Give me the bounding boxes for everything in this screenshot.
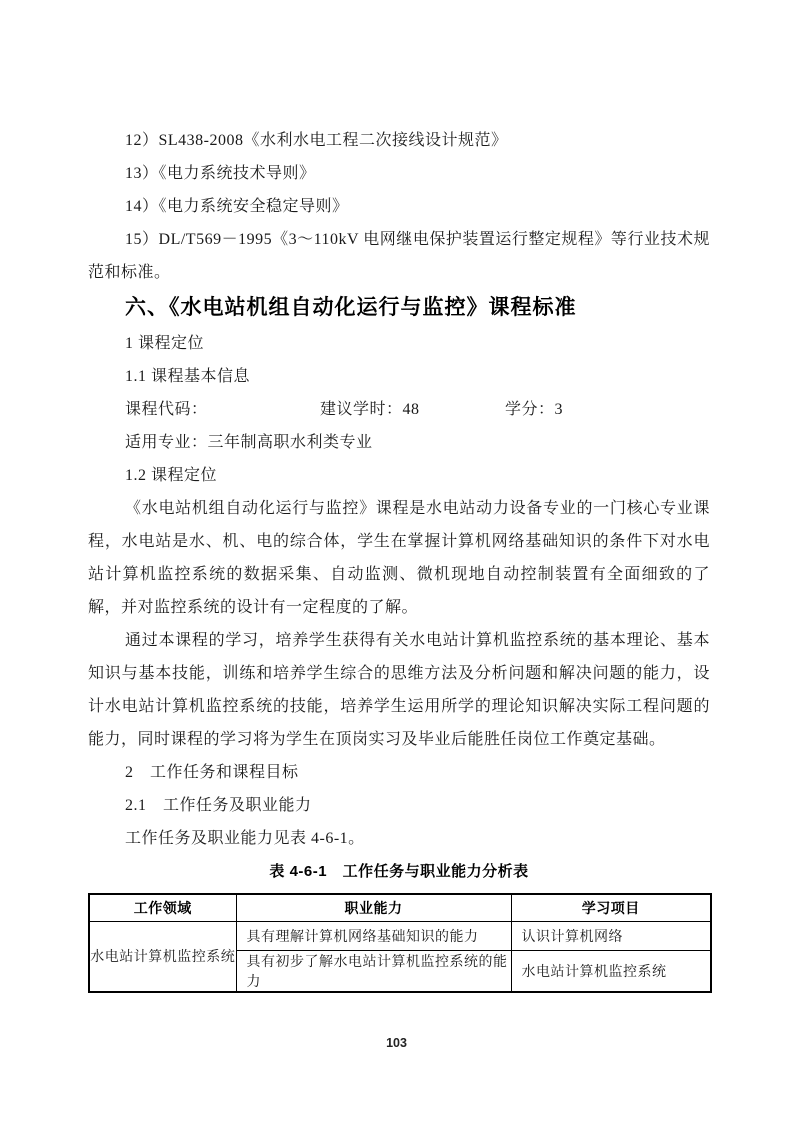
table-reference-line: 工作任务及职业能力见表 4-6-1。	[88, 822, 710, 855]
cell-work-domain: 水电站计算机监控系统	[89, 921, 236, 992]
table-row: 水电站计算机监控系统 具有理解计算机网络基础知识的能力 认识计算机网络	[89, 921, 711, 950]
cell-ability-1: 具有理解计算机网络基础知识的能力	[236, 921, 511, 950]
cell-ability-2: 具有初步了解水电站计算机监控系统的能力	[236, 950, 511, 992]
course-info-line: 课程代码： 建议学时：48 学分：3	[88, 393, 710, 426]
reference-item-15: 15）DL/T569－1995《3～110kV 电网继电保护装置运行整定规程》等…	[88, 223, 710, 289]
reference-item-12: 12）SL438-2008《水利水电工程二次接线设计规范》	[88, 124, 710, 157]
reference-item-14: 14）《电力系统安全稳定导则》	[88, 190, 710, 223]
document-page: 12）SL438-2008《水利水电工程二次接线设计规范》 13）《电力系统技术…	[0, 0, 793, 1122]
course-code-label: 课程代码：	[125, 393, 320, 426]
paragraph-course-goal: 通过本课程的学习，培养学生获得有关水电站计算机监控系统的基本理论、基本知识与基本…	[88, 624, 710, 756]
work-task-ability-table: 工作领域 职业能力 学习项目 水电站计算机监控系统 具有理解计算机网络基础知识的…	[88, 893, 712, 993]
section-2-1-title: 2.1 工作任务及职业能力	[88, 789, 710, 822]
header-professional-ability: 职业能力	[236, 894, 511, 921]
header-work-domain: 工作领域	[89, 894, 236, 921]
page-number: 103	[0, 1036, 793, 1050]
chapter-heading: 六、《水电站机组自动化运行与监控》课程标准	[88, 289, 710, 327]
section-1-1-title: 1.1 课程基本信息	[88, 360, 710, 393]
table-header-row: 工作领域 职业能力 学习项目	[89, 894, 711, 921]
cell-project-2: 水电站计算机监控系统	[511, 950, 711, 992]
paragraph-course-positioning: 《水电站机组自动化运行与监控》课程是水电站动力设备专业的一门核心专业课程，水电站…	[88, 492, 710, 624]
cell-project-1: 认识计算机网络	[511, 921, 711, 950]
header-learning-project: 学习项目	[511, 894, 711, 921]
suggested-hours-label: 建议学时：48	[320, 393, 505, 426]
section-2-title: 2 工作任务和课程目标	[88, 756, 710, 789]
credits-label: 学分：3	[505, 393, 563, 426]
page-content: 12）SL438-2008《水利水电工程二次接线设计规范》 13）《电力系统技术…	[88, 124, 710, 993]
table-caption: 表 4-6-1 工作任务与职业能力分析表	[88, 855, 710, 888]
section-1-2-title: 1.2 课程定位	[88, 459, 710, 492]
reference-item-13: 13）《电力系统技术导则》	[88, 157, 710, 190]
applicable-major-line: 适用专业：三年制高职水利类专业	[88, 426, 710, 459]
section-1-title: 1 课程定位	[88, 327, 710, 360]
